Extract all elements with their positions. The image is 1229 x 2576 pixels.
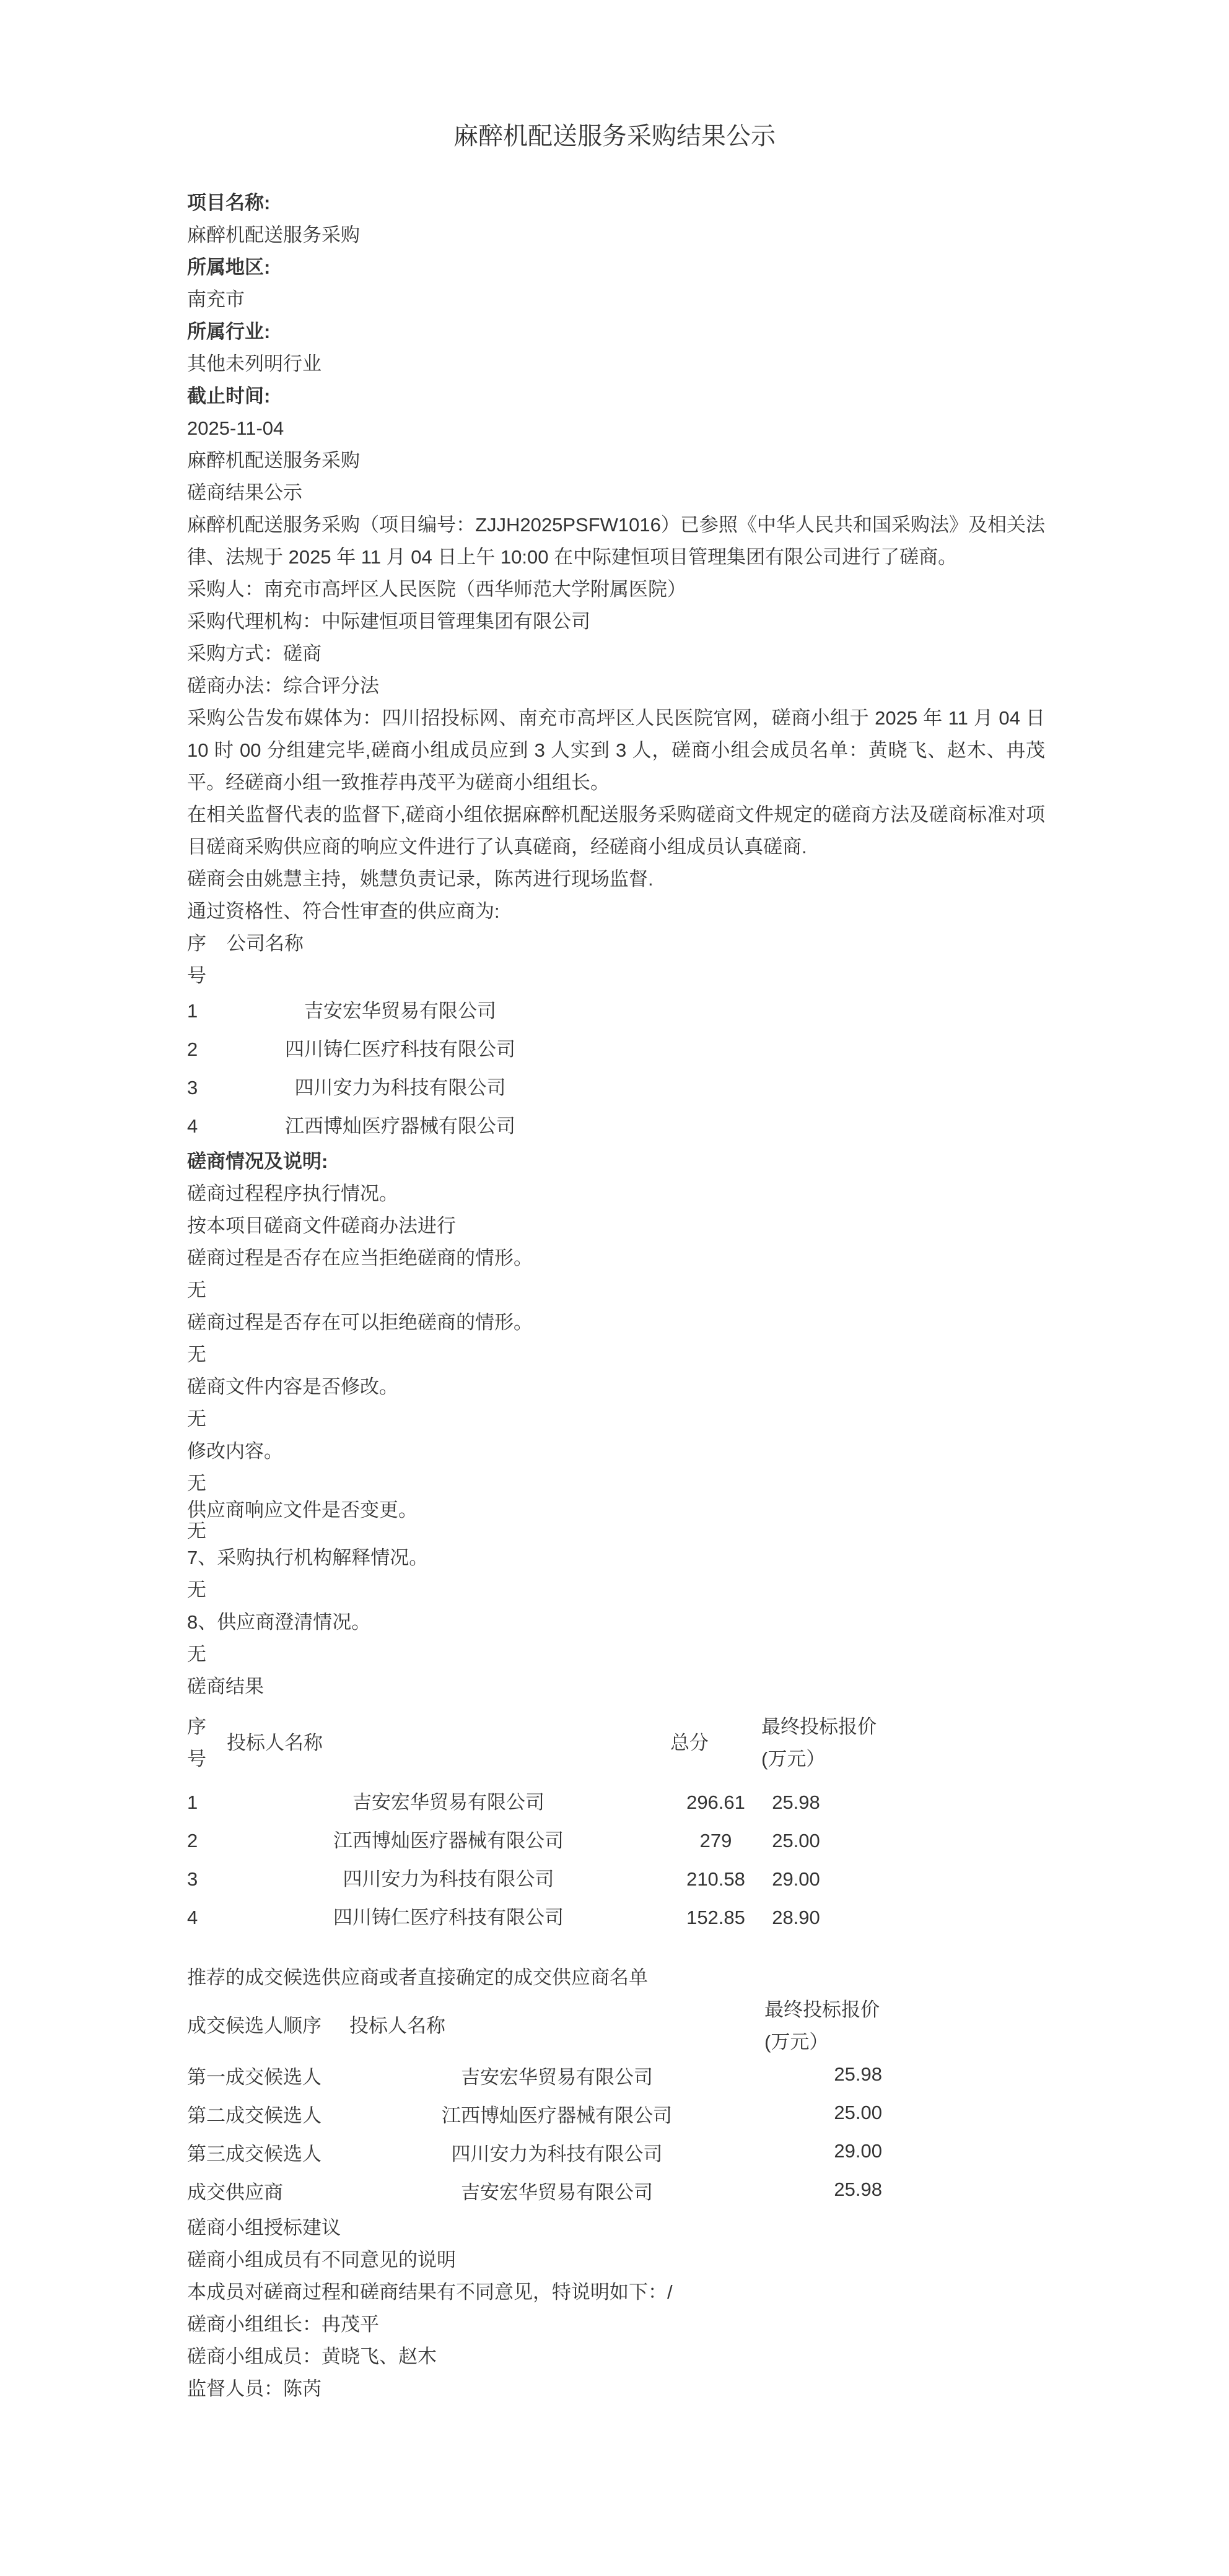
dissent-statement: 本成员对磋商过程和磋商结果有不同意见，特说明如下：/ — [187, 2276, 1045, 2308]
table-row: 1 吉安宏华贸易有限公司 — [187, 992, 1045, 1030]
table-row: 第一成交候选人 吉安宏华贸易有限公司 25.98 — [187, 2058, 1045, 2097]
process-item: 无 — [187, 1521, 1045, 1542]
header-company-name: 公司名称 — [227, 928, 574, 992]
header-bidder-name: 投标人名称 — [227, 1727, 670, 1759]
header-no-line2: 号 — [187, 960, 227, 992]
process-item: 无 — [187, 1574, 1045, 1606]
host-line: 磋商会由姚慧主持，姚慧负责记录，陈芮进行现场监督. — [187, 863, 1045, 895]
process-item: 供应商响应文件是否变更。 — [187, 1500, 1045, 1521]
cell-score: 296.61 — [670, 1783, 761, 1822]
notice-type: 磋商结果公示 — [187, 477, 1045, 509]
cell-bidder-name: 吉安宏华贸易有限公司 — [349, 2058, 764, 2097]
process-item: 8、供应商澄清情况。 — [187, 1606, 1045, 1638]
document-body: 项目名称: 麻醉机配送服务采购 所属地区: 南充市 所属行业: 其他未列明行业 … — [187, 187, 1045, 2405]
cell-no: 1 — [187, 1783, 227, 1822]
cell-score: 210.58 — [670, 1860, 761, 1899]
process-item: 磋商过程是否存在应当拒绝磋商的情形。 — [187, 1242, 1045, 1274]
dissent-heading: 磋商小组成员有不同意见的说明 — [187, 2244, 1045, 2276]
cell-price: 28.90 — [761, 1899, 831, 1937]
region-label: 所属地区: — [187, 251, 1045, 284]
procurement-method: 采购方式：磋商 — [187, 638, 1045, 670]
project-name-value: 麻醉机配送服务采购 — [187, 219, 1045, 251]
results-table: 序 号 投标人名称 总分 最终投标报价 (万元） 1 吉安宏华贸易有限公司 29… — [187, 1703, 1045, 1937]
cell-bidder-name: 吉安宏华贸易有限公司 — [227, 1783, 670, 1822]
cell-order: 第三成交候选人 — [187, 2135, 349, 2173]
process-heading: 磋商情况及说明: — [187, 1146, 1045, 1178]
industry-value: 其他未列明行业 — [187, 348, 1045, 380]
recommended-candidates-table: 推荐的成交候选供应商或者直接确定的成交供应商名单 成交候选人顺序 投标人名称 最… — [187, 1962, 1045, 2212]
cell-price: 25.00 — [764, 2097, 882, 2135]
header-no: 序 号 — [187, 928, 227, 992]
cell-no: 3 — [187, 1860, 227, 1899]
cell-no: 3 — [187, 1069, 227, 1107]
cell-bidder-name: 吉安宏华贸易有限公司 — [349, 2173, 764, 2212]
header-price-line2: (万元） — [761, 1743, 898, 1775]
supervisor: 监督人员：陈芮 — [187, 2373, 1045, 2405]
closing-section: 磋商小组授标建议 磋商小组成员有不同意见的说明 本成员对磋商过程和磋商结果有不同… — [187, 2212, 1045, 2405]
cell-order: 第二成交候选人 — [187, 2097, 349, 2135]
meta-section: 项目名称: 麻醉机配送服务采购 所属地区: 南充市 所属行业: 其他未列明行业 … — [187, 187, 1045, 445]
cell-company-name: 吉安宏华贸易有限公司 — [227, 992, 574, 1030]
cell-bidder-name: 江西博灿医疗器械有限公司 — [349, 2097, 764, 2135]
header-order: 成交候选人顺序 — [187, 2010, 349, 2042]
header-no: 序 号 — [187, 1711, 227, 1775]
table-row: 4 四川铸仁医疗科技有限公司 152.85 28.90 — [187, 1899, 1045, 1937]
project-name-label: 项目名称: — [187, 187, 1045, 219]
header-price: 最终投标报价 (万元） — [764, 1994, 901, 2058]
process-item: 磋商过程程序执行情况。 — [187, 1178, 1045, 1210]
header-price: 最终投标报价 (万元） — [761, 1711, 898, 1775]
process-section: 磋商情况及说明: 磋商过程程序执行情况。 按本项目磋商文件磋商办法进行 磋商过程… — [187, 1146, 1045, 1703]
cell-price: 25.00 — [761, 1822, 831, 1860]
cell-price: 29.00 — [761, 1860, 831, 1899]
cell-no: 1 — [187, 992, 227, 1030]
process-item: 磋商文件内容是否修改。 — [187, 1371, 1045, 1403]
cell-no: 2 — [187, 1822, 227, 1860]
purchaser: 采购人：南充市高坪区人民医院（西华师范大学附属医院） — [187, 573, 1045, 606]
statement-paragraph: 麻醉机配送服务采购（项目编号：ZJJH2025PSFW1016）已参照《中华人民… — [187, 509, 1045, 573]
process-item: 磋商过程是否存在可以拒绝磋商的情形。 — [187, 1307, 1045, 1339]
table-row: 第二成交候选人 江西博灿医疗器械有限公司 25.00 — [187, 2097, 1045, 2135]
header-price-line1: 最终投标报价 — [761, 1711, 898, 1743]
process-item: 修改内容。 — [187, 1435, 1045, 1468]
header-price-line1: 最终投标报价 — [764, 1994, 901, 2026]
header-score: 总分 — [670, 1727, 761, 1759]
cell-company-name: 四川安力为科技有限公司 — [227, 1069, 574, 1107]
table-header: 序 号 投标人名称 总分 最终投标报价 (万元） — [187, 1703, 1045, 1783]
page-title: 麻醉机配送服务采购结果公示 — [0, 119, 1229, 154]
process-item: 无 — [187, 1274, 1045, 1307]
process-item: 7、采购执行机构解释情况。 — [187, 1542, 1045, 1574]
deadline-value: 2025-11-04 — [187, 412, 1045, 445]
agency: 采购代理机构：中际建恒项目管理集团有限公司 — [187, 606, 1045, 638]
table-header: 成交候选人顺序 投标人名称 最终投标报价 (万元） — [187, 1994, 1045, 2058]
table-row: 1 吉安宏华贸易有限公司 296.61 25.98 — [187, 1783, 1045, 1822]
cell-company-name: 四川铸仁医疗科技有限公司 — [227, 1030, 574, 1069]
cell-no: 4 — [187, 1899, 227, 1937]
panel-leader: 磋商小组组长：冉茂平 — [187, 2308, 1045, 2341]
project-title: 麻醉机配送服务采购 — [187, 445, 1045, 477]
process-item: 无 — [187, 1638, 1045, 1671]
cell-bidder-name: 四川安力为科技有限公司 — [227, 1860, 670, 1899]
intro-section: 麻醉机配送服务采购 磋商结果公示 麻醉机配送服务采购（项目编号：ZJJH2025… — [187, 445, 1045, 928]
table-row: 3 四川安力为科技有限公司 — [187, 1069, 1045, 1107]
process-item: 按本项目磋商文件磋商办法进行 — [187, 1210, 1045, 1242]
table-row: 3 四川安力为科技有限公司 210.58 29.00 — [187, 1860, 1045, 1899]
table-row: 第三成交候选人 四川安力为科技有限公司 29.00 — [187, 2135, 1045, 2173]
header-no-line1: 序 — [187, 928, 227, 960]
table-row: 2 江西博灿医疗器械有限公司 279 25.00 — [187, 1822, 1045, 1860]
qualified-suppliers-table: 序 号 公司名称 1 吉安宏华贸易有限公司 2 四川铸仁医疗科技有限公司 3 四… — [187, 928, 1045, 1146]
process-item: 无 — [187, 1468, 1045, 1500]
header-no-line2: 号 — [187, 1743, 227, 1775]
spacer — [187, 1937, 1045, 1962]
process-item: 无 — [187, 1403, 1045, 1435]
cell-order: 成交供应商 — [187, 2173, 349, 2212]
header-no-line1: 序 — [187, 1711, 227, 1743]
cell-score: 152.85 — [670, 1899, 761, 1937]
process-item: 无 — [187, 1339, 1045, 1371]
cell-bidder-name: 四川铸仁医疗科技有限公司 — [227, 1899, 670, 1937]
cell-no: 4 — [187, 1107, 227, 1146]
cell-company-name: 江西博灿医疗器械有限公司 — [227, 1107, 574, 1146]
cell-price: 25.98 — [761, 1783, 831, 1822]
table-row: 成交供应商 吉安宏华贸易有限公司 25.98 — [187, 2173, 1045, 2212]
cell-price: 25.98 — [764, 2058, 882, 2097]
panel-members: 磋商小组成员：黄晓飞、赵木 — [187, 2341, 1045, 2373]
cell-no: 2 — [187, 1030, 227, 1069]
cell-bidder-name: 江西博灿医疗器械有限公司 — [227, 1822, 670, 1860]
qualified-intro: 通过资格性、符合性审查的供应商为: — [187, 895, 1045, 928]
media-paragraph: 采购公告发布媒体为：四川招投标网、南充市高坪区人民医院官网，磋商小组于 2025… — [187, 702, 1045, 799]
header-price-line2: (万元） — [764, 2026, 901, 2058]
cell-score: 279 — [670, 1822, 761, 1860]
table-row: 2 四川铸仁医疗科技有限公司 — [187, 1030, 1045, 1069]
cell-price: 29.00 — [764, 2135, 882, 2173]
cell-price: 25.98 — [764, 2173, 882, 2212]
award-recommendation: 磋商小组授标建议 — [187, 2212, 1045, 2244]
evaluation-method: 磋商办法：综合评分法 — [187, 670, 1045, 702]
table-header: 序 号 公司名称 — [187, 928, 1045, 992]
deadline-label: 截止时间: — [187, 380, 1045, 412]
region-value: 南充市 — [187, 284, 1045, 316]
header-bidder-name: 投标人名称 — [349, 2010, 764, 2042]
cell-order: 第一成交候选人 — [187, 2058, 349, 2097]
supervision-paragraph: 在相关监督代表的监督下,磋商小组依据麻醉机配送服务采购磋商文件规定的磋商方法及磋… — [187, 799, 1045, 863]
industry-label: 所属行业: — [187, 316, 1045, 348]
table-row: 4 江西博灿医疗器械有限公司 — [187, 1107, 1045, 1146]
recommend-heading: 推荐的成交候选供应商或者直接确定的成交供应商名单 — [187, 1962, 1045, 1994]
cell-bidder-name: 四川安力为科技有限公司 — [349, 2135, 764, 2173]
results-heading: 磋商结果 — [187, 1671, 1045, 1703]
